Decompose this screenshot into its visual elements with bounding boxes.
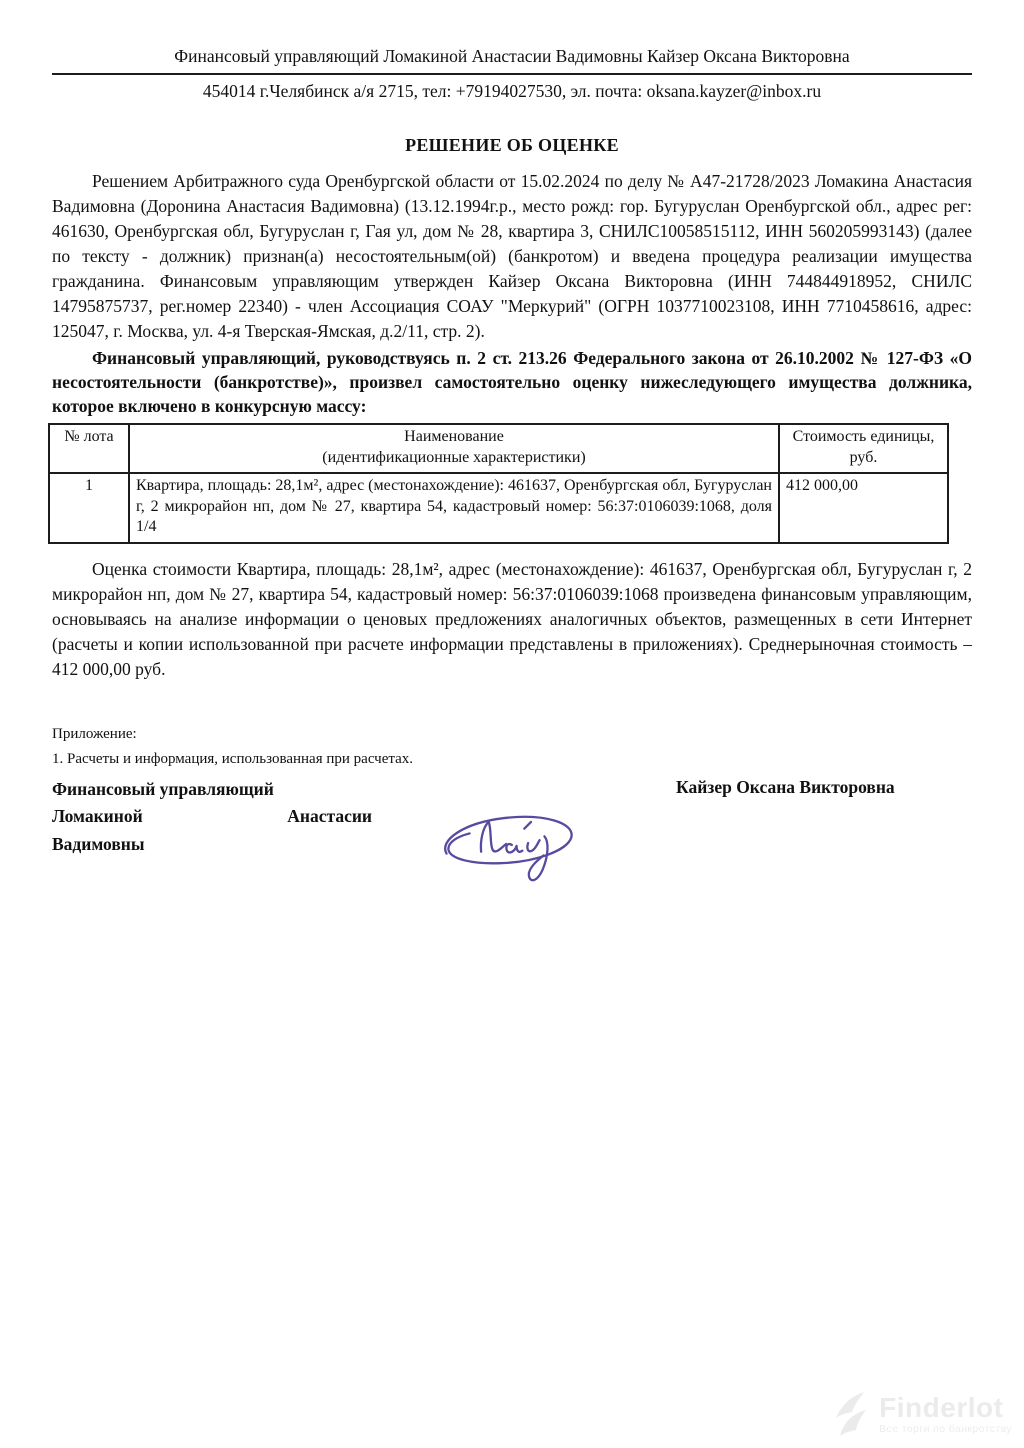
column-header-lot: № лота <box>49 424 129 473</box>
column-header-price-line1: Стоимость единицы, <box>786 427 941 448</box>
legal-basis-paragraph: Финансовый управляющий, руководствуясь п… <box>52 346 972 418</box>
column-header-name-line2: (идентификационные характеристики) <box>136 448 772 469</box>
signatory-role-line2-word1: Ломакиной <box>52 803 143 831</box>
column-header-name: Наименование (идентификационные характер… <box>129 424 779 473</box>
intro-paragraph: Решением Арбитражного суда Оренбургской … <box>52 169 972 344</box>
document-page: Финансовый управляющий Ломакиной Анастас… <box>0 0 1024 1448</box>
document-title: РЕШЕНИЕ ОБ ОЦЕНКЕ <box>52 135 972 156</box>
signatory-role-line2-word2: Анастасии <box>287 803 372 831</box>
property-description-cell: Квартира, площадь: 28,1м², адрес (местон… <box>129 473 779 543</box>
letterhead-divider <box>52 73 972 75</box>
signatory-role-line2: Ломакиной Анастасии <box>52 803 372 831</box>
appendix-section: Приложение: 1. Расчеты и информация, исп… <box>52 722 972 772</box>
valuation-paragraph: Оценка стоимости Квартира, площадь: 28,1… <box>52 557 972 682</box>
watermark-text: Finderlot Все торги по банкротству <box>879 1394 1012 1435</box>
watermark-tagline: Все торги по банкротству <box>879 1423 1012 1435</box>
appendix-item: 1. Расчеты и информация, использованная … <box>52 747 972 772</box>
column-header-name-line1: Наименование <box>136 427 772 448</box>
column-header-price: Стоимость единицы, руб. <box>779 424 948 473</box>
letterhead-contacts: 454014 г.Челябинск а/я 2715, тел: +79194… <box>52 79 972 103</box>
property-table: № лота Наименование (идентификационные х… <box>48 423 949 544</box>
watermark: Finderlot Все торги по банкротству <box>832 1388 1012 1440</box>
signatory-role-line1: Финансовый управляющий <box>52 776 372 804</box>
letterhead-manager-name: Финансовый управляющий Ломакиной Анастас… <box>52 44 972 68</box>
table-row: 1 Квартира, площадь: 28,1м², адрес (мест… <box>49 473 948 543</box>
signatory-name: Кайзер Оксана Викторовна <box>676 777 895 798</box>
property-table-header: № лота Наименование (идентификационные х… <box>49 424 948 473</box>
handwritten-signature-icon <box>424 796 590 892</box>
signatory-role: Финансовый управляющий Ломакиной Анастас… <box>52 776 372 859</box>
appendix-label: Приложение: <box>52 722 972 747</box>
column-header-price-line2: руб. <box>786 448 941 469</box>
price-cell: 412 000,00 <box>779 473 948 543</box>
lot-number-cell: 1 <box>49 473 129 543</box>
table-header-row: № лота Наименование (идентификационные х… <box>49 424 948 473</box>
signature-block: Финансовый управляющий Ломакиной Анастас… <box>52 776 972 976</box>
signatory-role-line3: Вадимовны <box>52 831 372 859</box>
finderlot-logo-icon <box>832 1388 874 1440</box>
watermark-brand: Finderlot <box>879 1394 1012 1422</box>
